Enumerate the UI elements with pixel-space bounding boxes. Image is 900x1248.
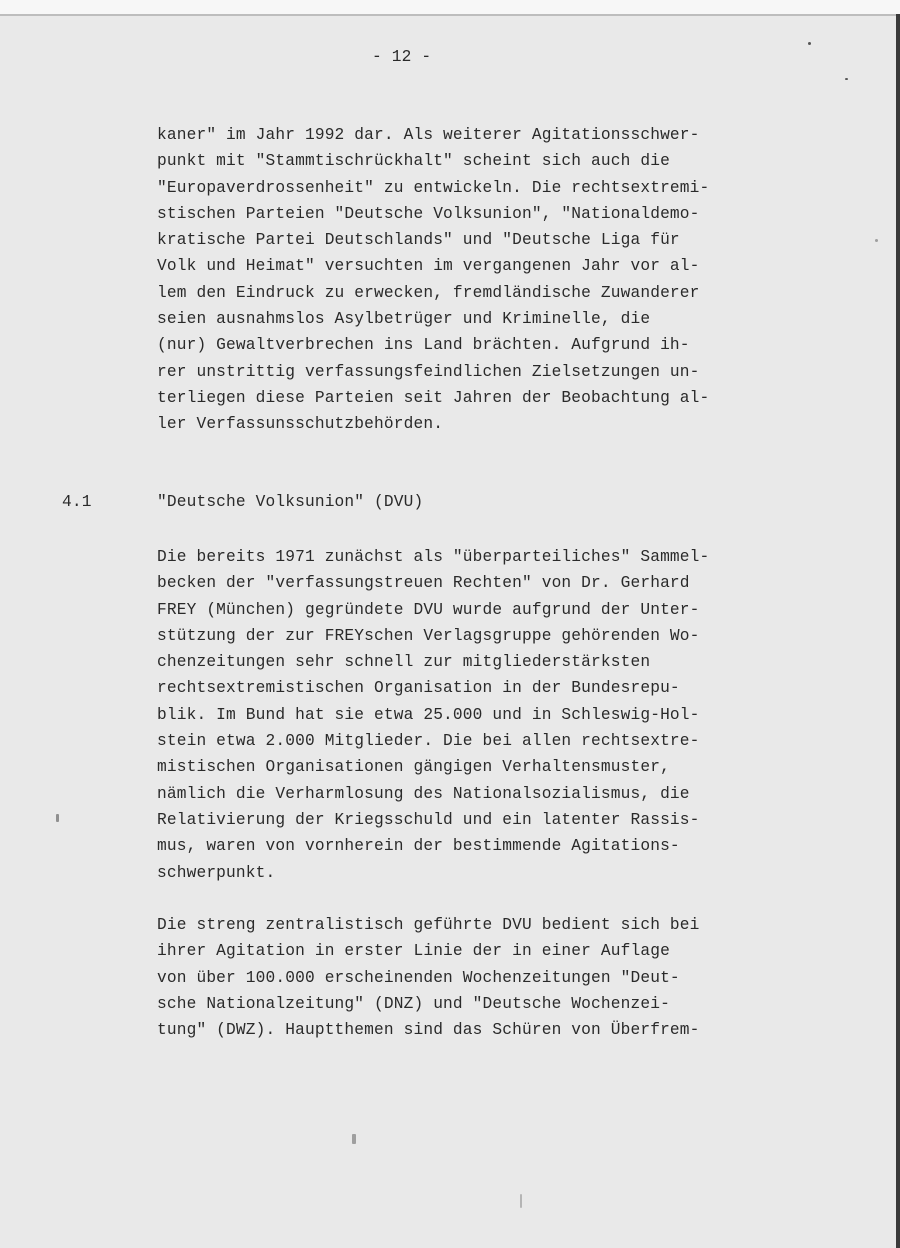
text-line: becken der "verfassungstreuen Rechten" v… [157,570,777,596]
paragraph-dvu-history: Die bereits 1971 zunächst als "überparte… [157,544,777,886]
text-line: seien ausnahmslos Asylbetrüger und Krimi… [157,306,777,332]
text-line: mus, waren von vornherein der bestimmend… [157,833,777,859]
text-line: sche Nationalzeitung" (DNZ) und "Deutsch… [157,991,777,1017]
text-line: "Europaverdrossenheit" zu entwickeln. Di… [157,175,777,201]
text-line: stein etwa 2.000 Mitglieder. Die bei all… [157,728,777,754]
text-line: blik. Im Bund hat sie etwa 25.000 und in… [157,702,777,728]
scan-speck [875,239,878,242]
scan-speck [845,78,848,80]
text-line: Die streng zentralistisch geführte DVU b… [157,912,777,938]
text-line: stischen Parteien "Deutsche Volksunion",… [157,201,777,227]
text-line: kaner" im Jahr 1992 dar. Als weiterer Ag… [157,122,777,148]
paragraph-dvu-agitation: Die streng zentralistisch geführte DVU b… [157,912,777,1043]
text-line: tung" (DWZ). Hauptthemen sind das Schüre… [157,1017,777,1043]
scan-speck [56,814,59,822]
text-line: nämlich die Verharmlosung des Nationalso… [157,781,777,807]
text-line: mistischen Organisationen gängigen Verha… [157,754,777,780]
text-line: schwerpunkt. [157,860,777,886]
text-line: rer unstrittig verfassungsfeindlichen Zi… [157,359,777,385]
text-line: ihrer Agitation in erster Linie der in e… [157,938,777,964]
page-number: - 12 - [372,48,431,66]
text-line: punkt mit "Stammtischrückhalt" scheint s… [157,148,777,174]
text-line: (nur) Gewaltverbrechen ins Land brächten… [157,332,777,358]
text-line: stützung der zur FREYschen Verlagsgruppe… [157,623,777,649]
text-line: kratische Partei Deutschlands" und "Deut… [157,227,777,253]
scan-speck [520,1194,522,1208]
text-line: Volk und Heimat" versuchten im vergangen… [157,253,777,279]
text-line: terliegen diese Parteien seit Jahren der… [157,385,777,411]
text-line: Relativierung der Kriegsschuld und ein l… [157,807,777,833]
text-line: rechtsextremistischen Organisation in de… [157,675,777,701]
section-heading: "Deutsche Volksunion" (DVU) [157,493,423,511]
text-line: von über 100.000 erscheinenden Wochenzei… [157,965,777,991]
text-line: ler Verfassunsschutzbehörden. [157,411,777,437]
scan-top-edge [0,0,900,14]
scan-speck [352,1134,356,1144]
section-number: 4.1 [62,493,92,511]
text-line: Die bereits 1971 zunächst als "überparte… [157,544,777,570]
scan-speck [808,42,811,45]
text-line: FREY (München) gegründete DVU wurde aufg… [157,597,777,623]
paragraph-intro-continuation: kaner" im Jahr 1992 dar. Als weiterer Ag… [157,122,777,438]
text-line: lem den Eindruck zu erwecken, fremdländi… [157,280,777,306]
text-line: chenzeitungen sehr schnell zur mitgliede… [157,649,777,675]
